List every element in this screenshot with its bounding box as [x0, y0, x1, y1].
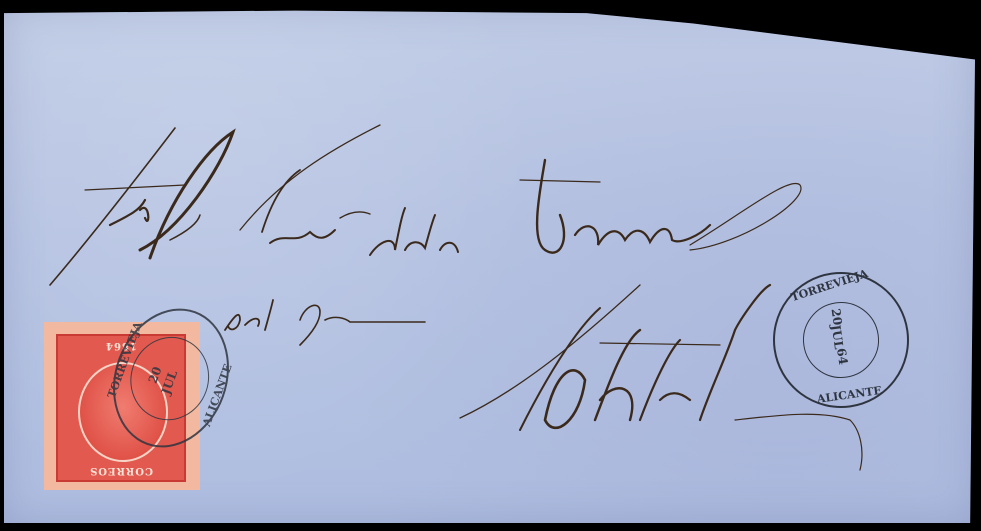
- stamp-label: CORREOS: [58, 465, 184, 476]
- postmark-month: JUL: [829, 324, 845, 350]
- postmark-year: 64: [834, 347, 849, 365]
